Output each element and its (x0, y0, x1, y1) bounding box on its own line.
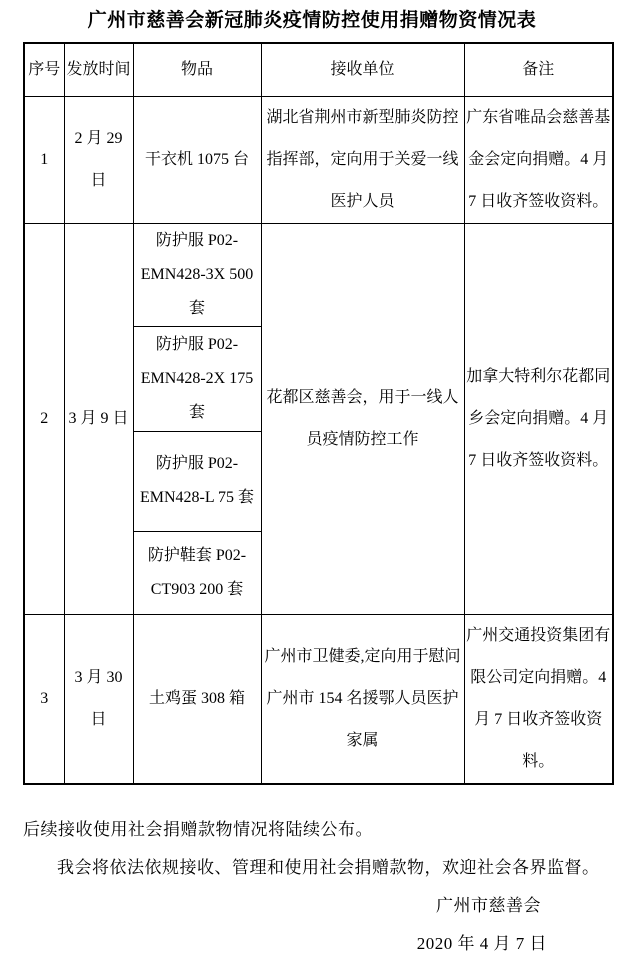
footer-section: 后续接收使用社会捐赠款物情况将陆续公布。 我会将依法依规接收、管理和使用社会捐赠… (23, 811, 601, 963)
page-title: 广州市慈善会新冠肺炎疫情防控使用捐赠物资情况表 (0, 8, 624, 34)
table-row-3: 3 3 月 30 日 土鸡蛋 308 箱 广州市卫健委,定向用于慰问广州市 15… (24, 614, 613, 784)
row1-item: 干衣机 1075 台 (133, 96, 261, 223)
row2-seq: 2 (24, 223, 64, 614)
table-row-1: 1 2 月 29 日 干衣机 1075 台 湖北省荆州市新型肺炎防控指挥部，定向… (24, 96, 613, 223)
header-seq: 序号 (24, 43, 64, 96)
row2-item-4: 防护鞋套 P02-CT903 200 套 (133, 531, 261, 614)
header-recipient: 接收单位 (261, 43, 464, 96)
signature-org: 广州市慈善会 (23, 887, 541, 925)
header-date: 发放时间 (64, 43, 133, 96)
row3-date: 3 月 30 日 (64, 614, 133, 784)
footer-paragraph-1: 后续接收使用社会捐赠款物情况将陆续公布。 (23, 811, 601, 849)
row2-item-1: 防护服 P02-EMN428-3X 500 套 (133, 223, 261, 326)
row2-item-2: 防护服 P02-EMN428-2X 175 套 (133, 326, 261, 431)
row3-recipient: 广州市卫健委,定向用于慰问广州市 154 名援鄂人员医护家属 (261, 614, 464, 784)
row2-note: 加拿大特利尔花都同乡会定向捐赠。4 月 7 日收齐签收资料。 (464, 223, 613, 614)
row3-note: 广州交通投资集团有限公司定向捐赠。4 月 7 日收齐签收资料。 (464, 614, 613, 784)
row2-item-3: 防护服 P02-EMN428-L 75 套 (133, 431, 261, 531)
donation-table: 序号 发放时间 物品 接收单位 备注 1 2 月 29 日 干衣机 1075 台… (23, 42, 614, 785)
signature-date: 2020 年 4 月 7 日 (23, 925, 547, 963)
row1-recipient: 湖北省荆州市新型肺炎防控指挥部，定向用于关爱一线医护人员 (261, 96, 464, 223)
row2-recipient: 花都区慈善会，用于一线人员疫情防控工作 (261, 223, 464, 614)
table-header-row: 序号 发放时间 物品 接收单位 备注 (24, 43, 613, 96)
row1-date: 2 月 29 日 (64, 96, 133, 223)
row1-seq: 1 (24, 96, 64, 223)
row3-seq: 3 (24, 614, 64, 784)
document-page: 广州市慈善会新冠肺炎疫情防控使用捐赠物资情况表 序号 发放时间 物品 接收单位 … (0, 0, 624, 970)
header-item: 物品 (133, 43, 261, 96)
row1-note: 广东省唯品会慈善基金会定向捐赠。4 月 7 日收齐签收资料。 (464, 96, 613, 223)
header-note: 备注 (464, 43, 613, 96)
row3-item: 土鸡蛋 308 箱 (133, 614, 261, 784)
table-row-2: 2 3 月 9 日 防护服 P02-EMN428-3X 500 套 花都区慈善会… (24, 223, 613, 326)
row2-date: 3 月 9 日 (64, 223, 133, 614)
footer-paragraph-2: 我会将依法依规接收、管理和使用社会捐赠款物，欢迎社会各界监督。 (23, 849, 601, 887)
